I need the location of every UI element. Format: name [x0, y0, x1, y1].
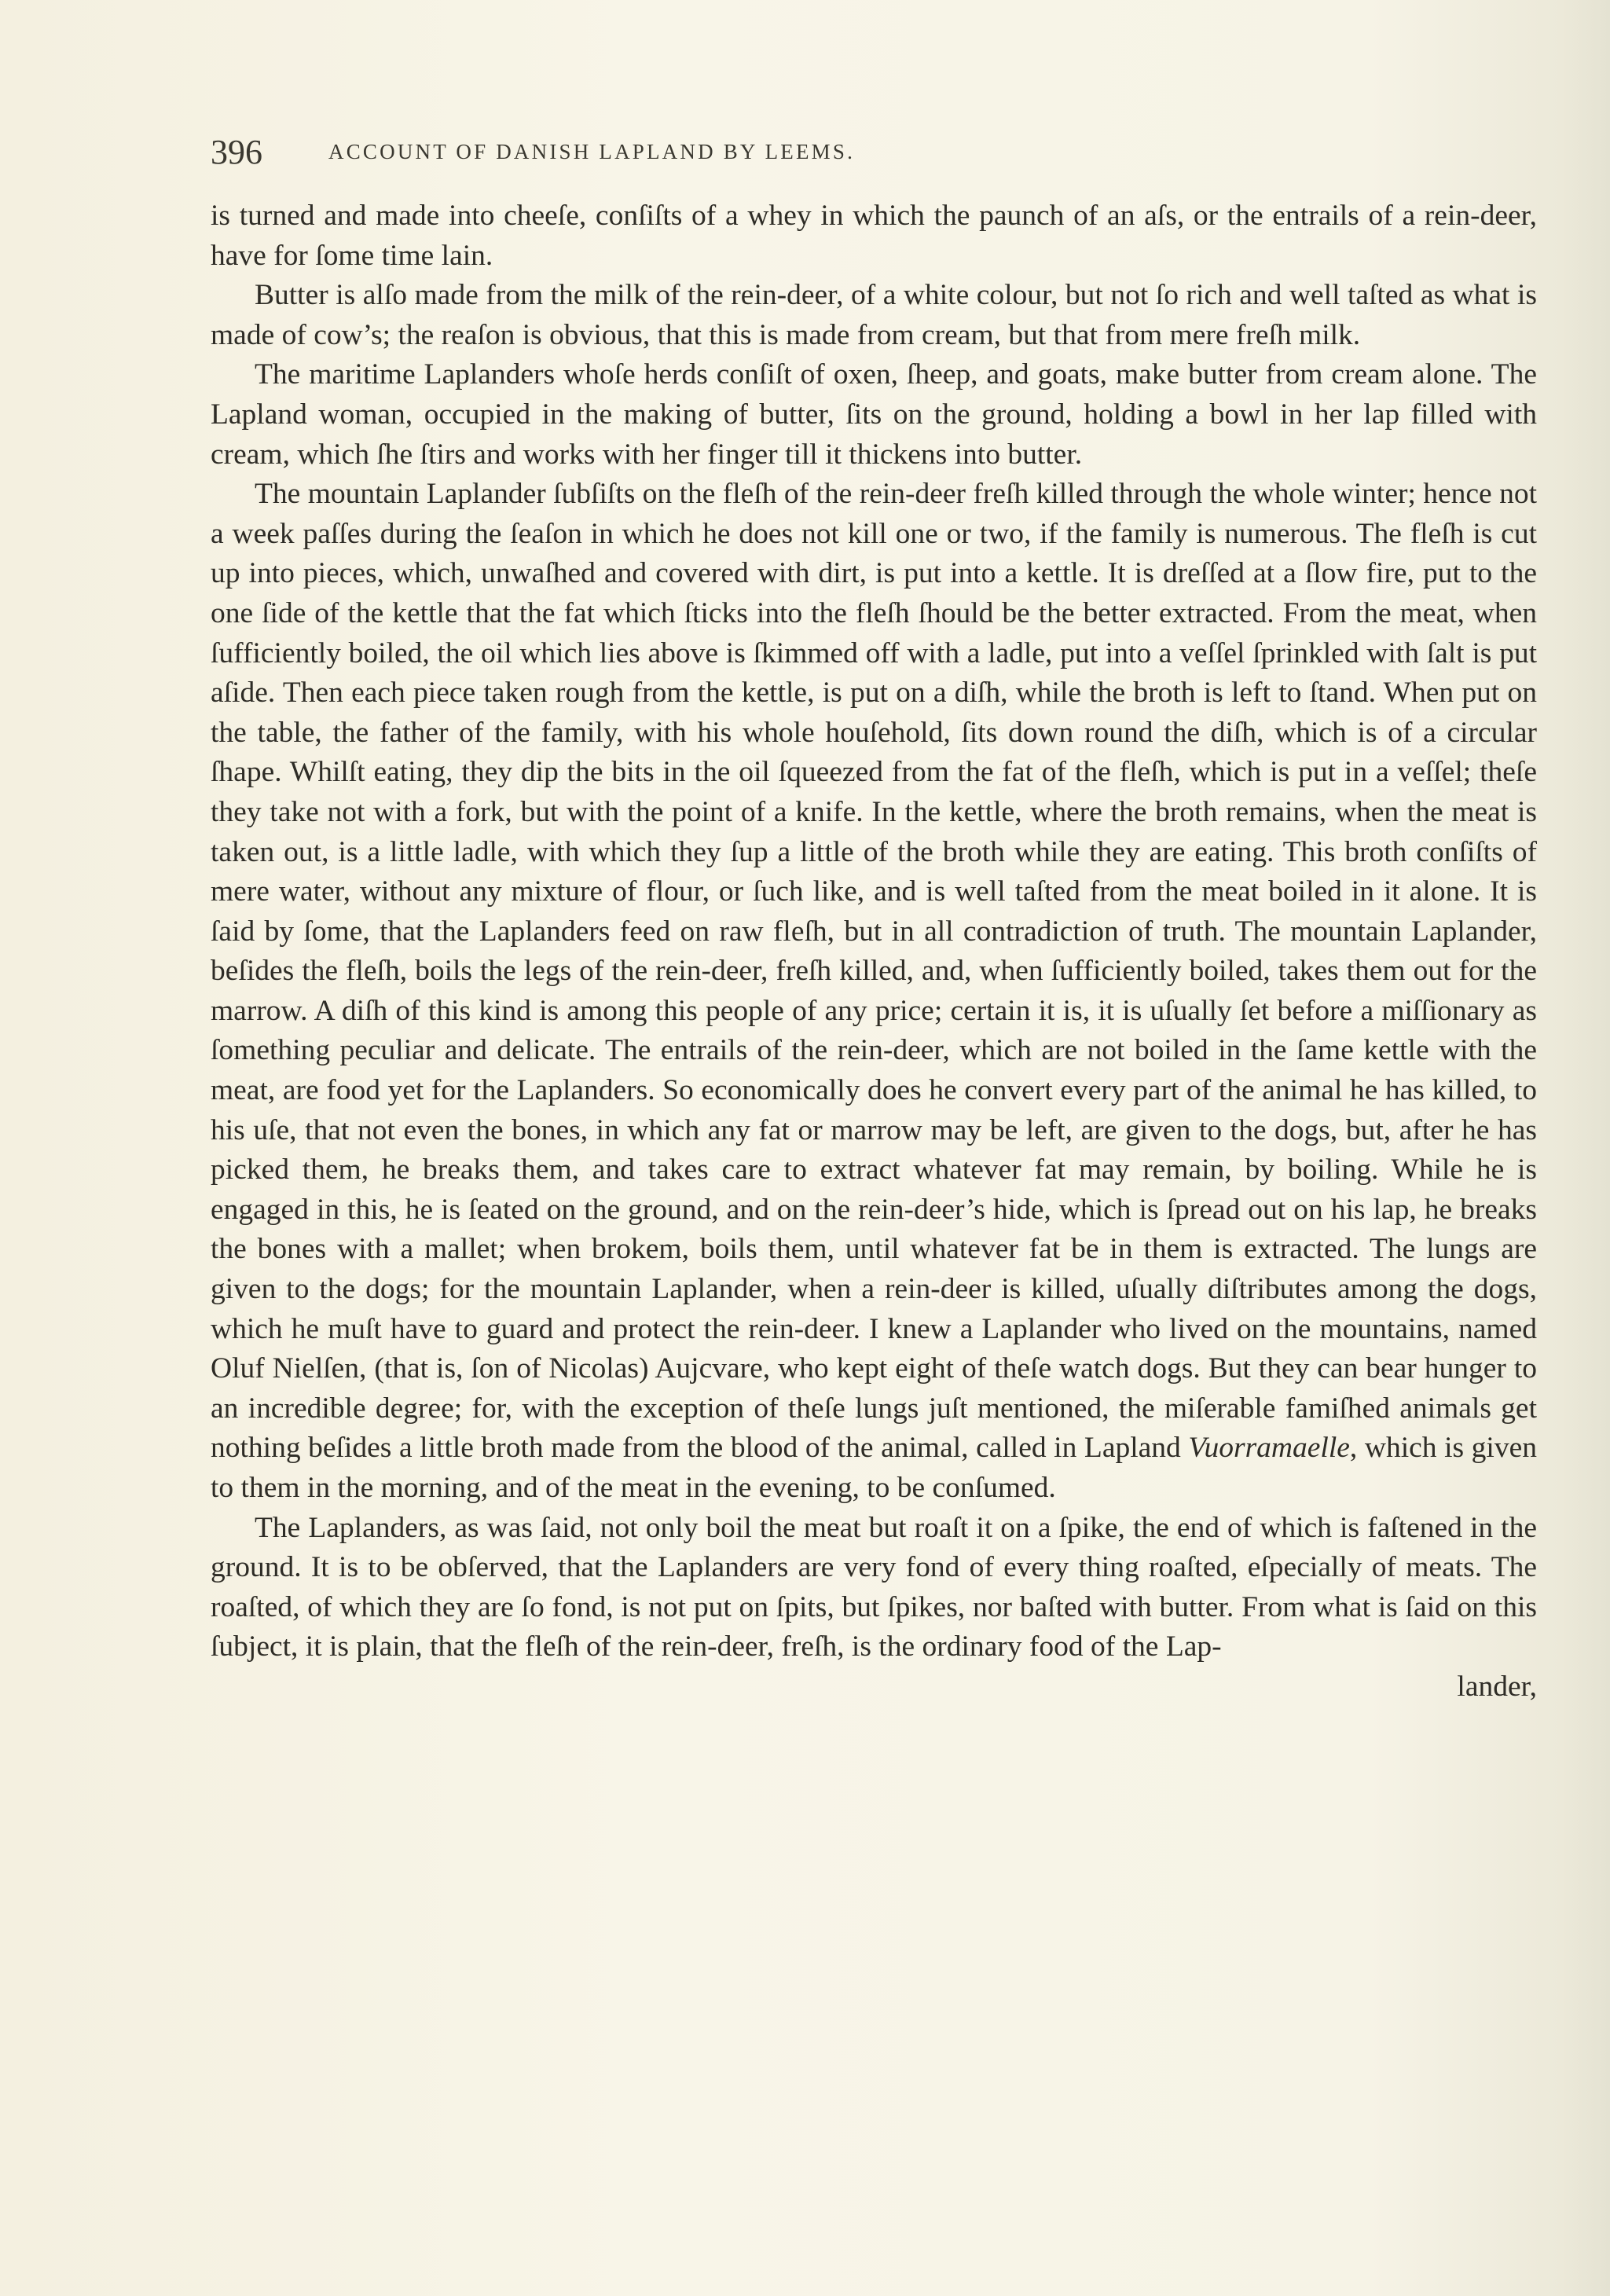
paragraph-mountain-laplander: The mountain Laplander ſubſiſts on the f… — [211, 475, 1537, 1508]
paragraph-mountain-laplander-text: The mountain Laplander ſubſiſts on the f… — [211, 478, 1537, 1464]
book-page: 396 ACCOUNT OF DANISH LAPLAND BY LEEMS. … — [211, 132, 1537, 1707]
paragraph-cheese-continuation: is turned and made into cheeſe, conſiſts… — [211, 196, 1537, 276]
paragraph-roasting: The Laplanders, as was ſaid, not only bo… — [211, 1509, 1537, 1667]
page-number: 396 — [211, 132, 262, 172]
term-vuorramaelle: Vuorramaelle — [1188, 1432, 1350, 1464]
catchword: lander, — [211, 1667, 1537, 1707]
running-title: ACCOUNT OF DANISH LAPLAND BY LEEMS. — [328, 140, 855, 164]
paragraph-butter: Butter is alſo made from the milk of the… — [211, 276, 1537, 355]
body-text: is turned and made into cheeſe, conſiſts… — [211, 196, 1537, 1667]
paragraph-maritime-laplanders: The maritime Laplanders whoſe herds conſ… — [211, 355, 1537, 475]
running-head: 396 ACCOUNT OF DANISH LAPLAND BY LEEMS. — [211, 132, 1537, 179]
